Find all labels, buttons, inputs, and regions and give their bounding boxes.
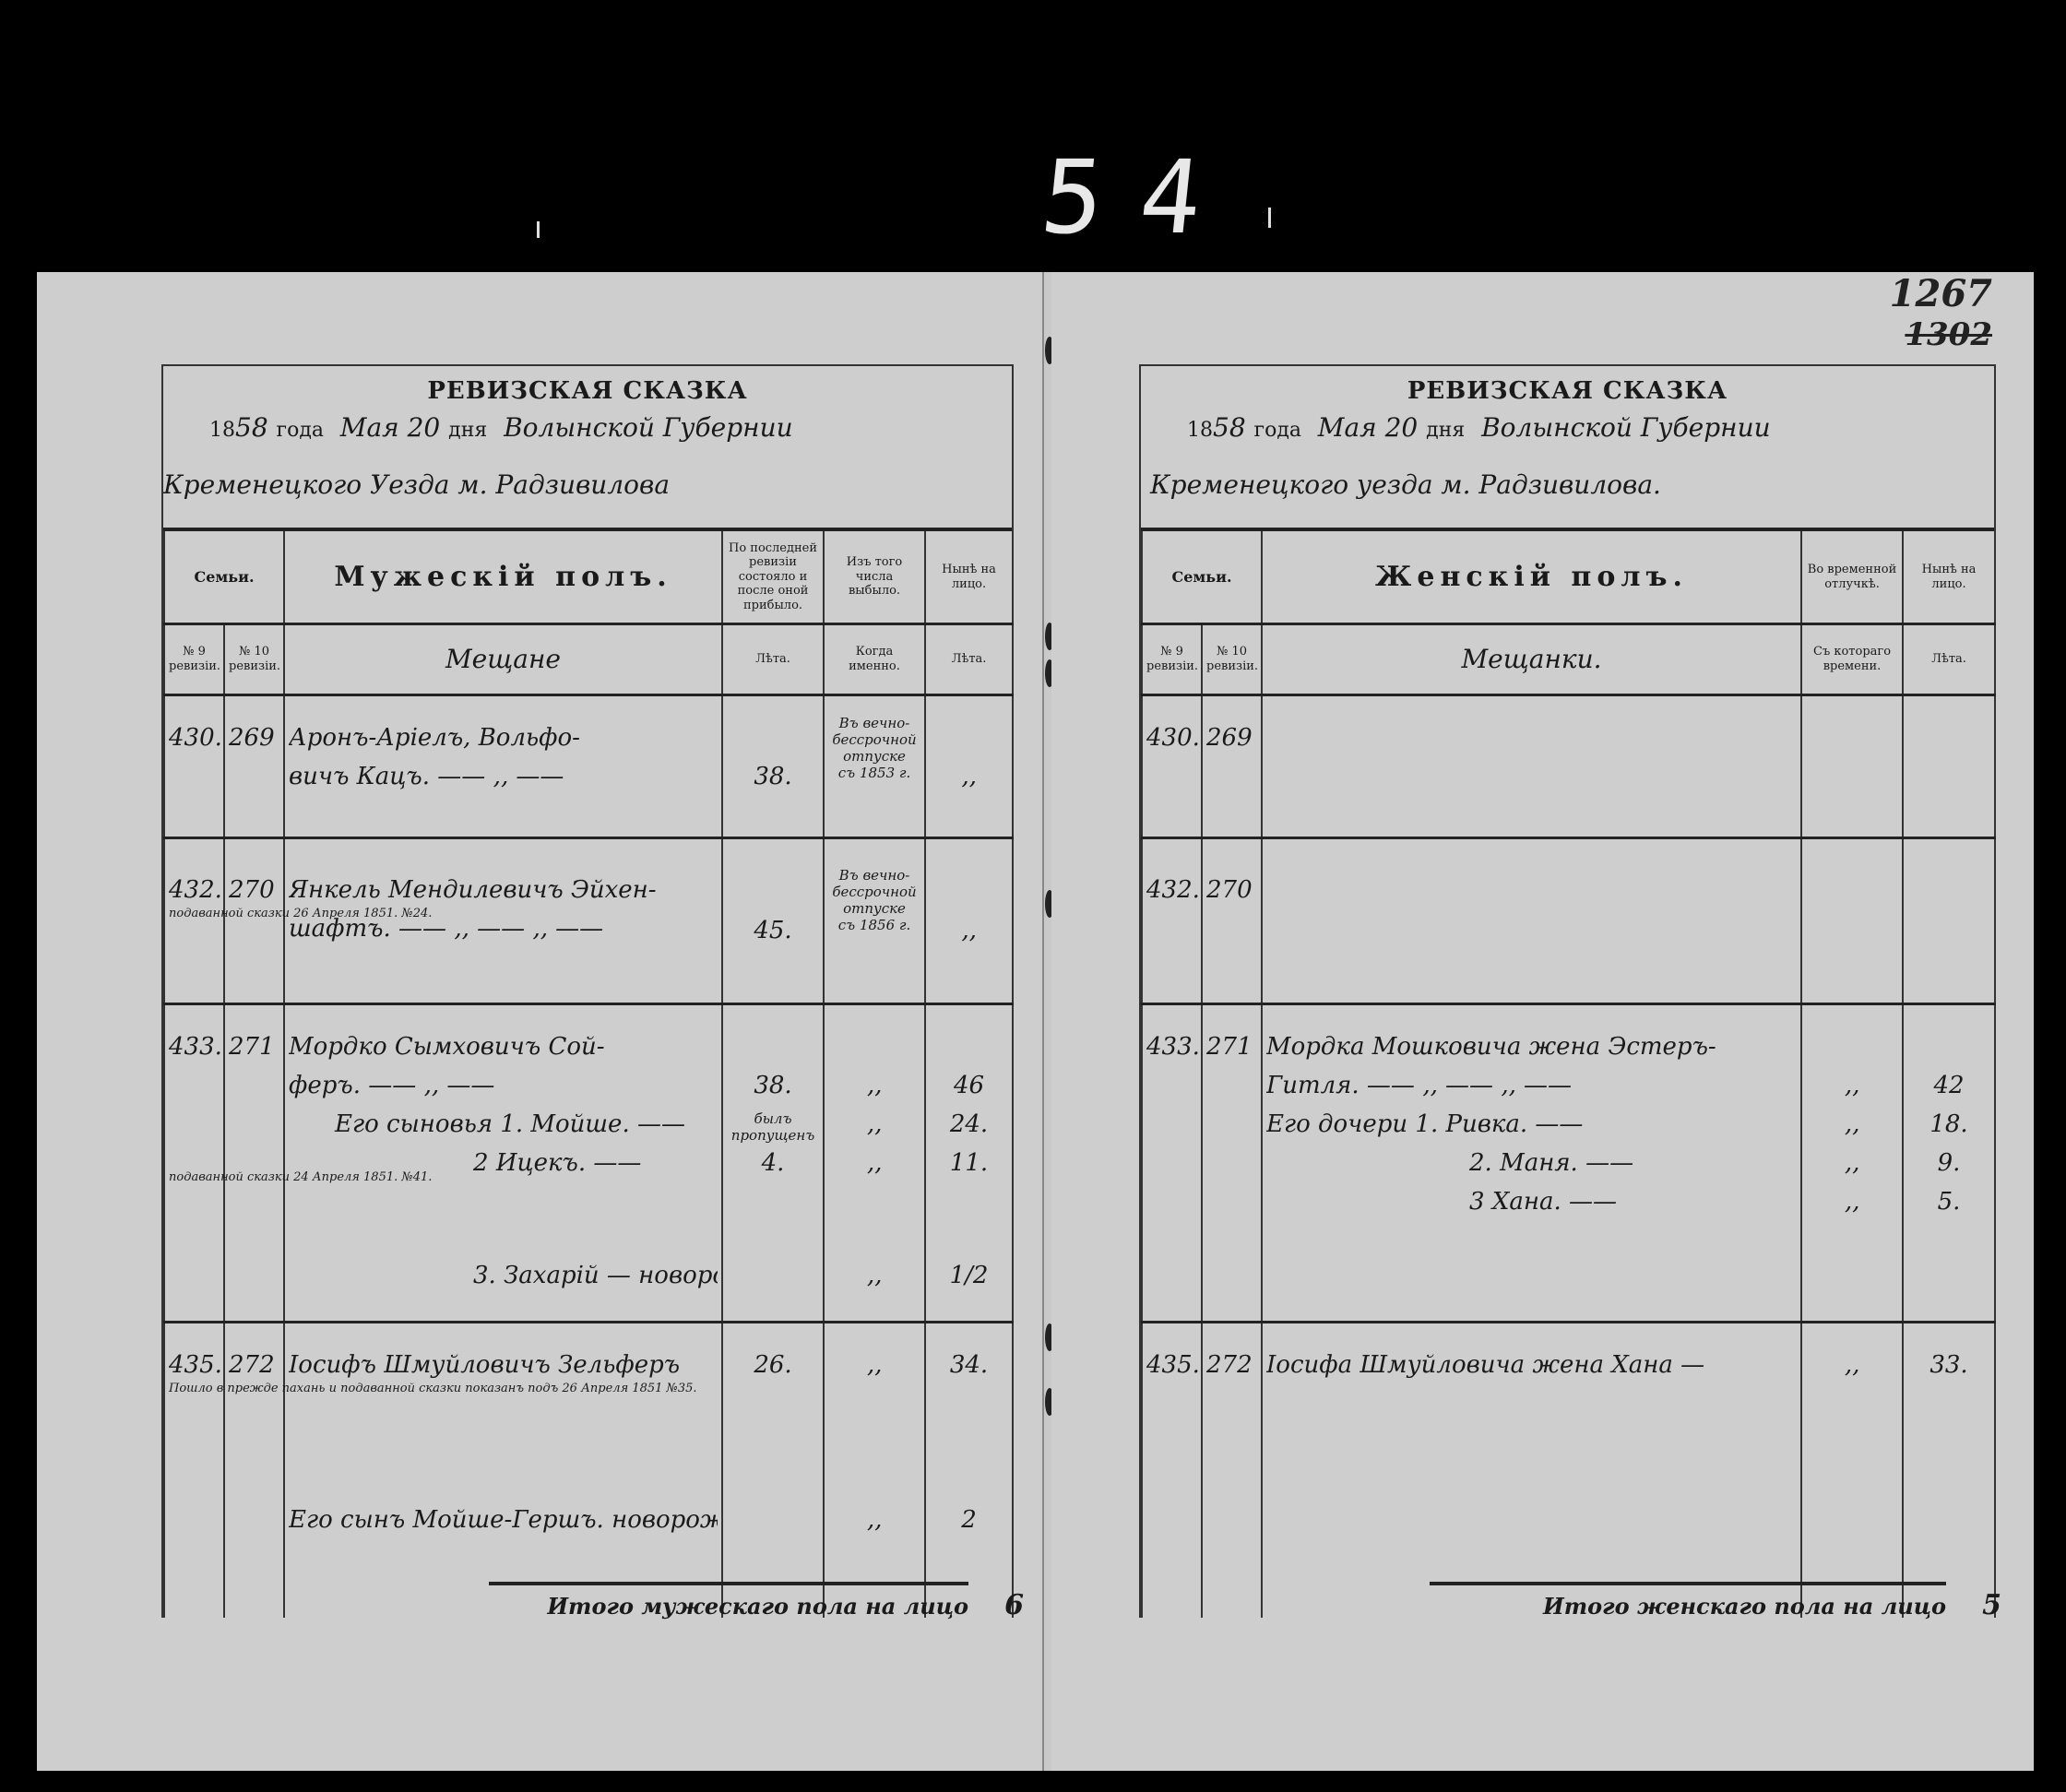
folio-number: 1267 [1890, 272, 1992, 315]
absence-mark [1806, 1033, 1898, 1072]
rev9-number: 432. [169, 876, 222, 904]
absence-mark: ‚‚ [1806, 1149, 1898, 1188]
rev10-number: 269 [224, 695, 284, 838]
name-line: Его сыновья 1. Мойше. —— [289, 1110, 718, 1149]
year-handwritten: 58 [1213, 412, 1246, 443]
rev10-header: № 10 ревизіи. [224, 624, 284, 695]
age-now: 11. [930, 1149, 1008, 1188]
name-line [289, 1467, 718, 1506]
day: 20 [1385, 412, 1419, 443]
name-line [1262, 838, 1801, 1004]
last-revision-header: По последней ревизіи состояло и после он… [722, 531, 824, 624]
present-header: Нынѣ на лицо. [1903, 531, 1995, 624]
departed-mark: ‚‚ [828, 1110, 920, 1149]
departed-note: Въ вечно- [828, 715, 920, 731]
rev9-number: 433. [169, 1033, 222, 1061]
district-line: Кременецкого Уезда м. Радзивилова [163, 469, 993, 500]
years-header: Лѣта. [722, 624, 824, 695]
name-line: Мордко Сымховичъ Сой- [289, 1033, 718, 1072]
departed-mark: ‚‚ [828, 1506, 920, 1545]
section-header-female: Женскій полъ. [1262, 531, 1801, 624]
years-header: Лѣта. [1903, 624, 1995, 695]
female-total-label: Итого женскаго пола на лицо [1543, 1593, 1946, 1620]
departed-mark: ‚‚ [828, 1072, 920, 1110]
rev10-number: 272 [224, 1323, 284, 1618]
revision-form-male: РЕВИЗСКАЯ СКАЗКА 1858 года Мая 20 дня Во… [161, 364, 1014, 1618]
absence-mark [1801, 695, 1903, 838]
departed-mark: ‚‚ [828, 1262, 920, 1300]
since-header: Съ котораго времени. [1801, 624, 1903, 695]
name-line: шафтъ. —— ‚‚ —— ‚‚ —— [289, 915, 718, 954]
day: 20 [408, 412, 441, 443]
age-now: 5. [1907, 1188, 1990, 1227]
rev9-number: 435. [1142, 1323, 1202, 1618]
age-now: 24. [930, 1110, 1008, 1149]
name-line: феръ. —— ‚‚ —— [289, 1072, 718, 1110]
male-total: Итого мужескаго пола на лицо 6 [489, 1582, 968, 1620]
microfilm-frame-number: 54 [1036, 138, 1244, 256]
name-line: Іосифа Шмуйловича жена Хана — [1266, 1351, 1797, 1390]
years-now-header: Лѣта. [925, 624, 1013, 695]
age-now: ‚‚ [925, 695, 1013, 838]
departed-header: Изъ того числа выбыло. [824, 531, 925, 624]
departed-note: съ 1853 г. [828, 765, 920, 781]
name-line: 3. Захарій — новорожд. [289, 1262, 718, 1300]
table-row: 430. 269 [1142, 695, 1995, 838]
departed-mark [828, 1390, 920, 1429]
absence-mark: ‚‚ [1806, 1072, 1898, 1110]
month: Мая [1318, 412, 1377, 443]
frame-tick-left [537, 221, 540, 238]
table-row: 435. 272 Іосифа Шмуйловича жена Хана — ‚… [1142, 1323, 1995, 1618]
rev9-number: 433. [1142, 1004, 1202, 1323]
departed-mark [828, 1429, 920, 1467]
rev10-number: 270 [224, 838, 284, 1004]
name-line: 3 Хана. —— [1266, 1188, 1797, 1227]
name-line [289, 1390, 718, 1429]
age-at-revision: 4. [727, 1149, 819, 1188]
age-now [930, 1188, 1008, 1262]
age-now: 42 [1907, 1072, 1990, 1110]
age-at-revision: 38. [727, 1072, 819, 1110]
estate-header: Мещанки. [1262, 624, 1801, 695]
rev10-number: 269 [1202, 695, 1262, 838]
age-at-revision: 26. [727, 1351, 819, 1390]
table-row: 435.Пошло в прежде пахань и подаванной с… [164, 1323, 1013, 1618]
rev9-header: № 9 ревизіи. [1142, 624, 1202, 695]
absence-mark [1801, 838, 1903, 1004]
name-line [289, 1429, 718, 1467]
form-header: РЕВИЗСКАЯ СКАЗКА 1858 года Мая 20 дня Во… [163, 366, 1012, 531]
rev9-number: 430. [1142, 695, 1202, 838]
province: Волынской Губернии [504, 412, 793, 443]
age-now: 46 [930, 1072, 1008, 1110]
form-title: РЕВИЗСКАЯ СКАЗКА [163, 377, 1012, 405]
departed-mark [828, 1467, 920, 1506]
female-total-value: 5 [1982, 1589, 2001, 1621]
month: Мая [340, 412, 399, 443]
rev10-header: № 10 ревизіи. [1202, 624, 1262, 695]
name-line: вичъ Кацъ. —— ‚‚ —— [289, 763, 718, 801]
folio-number-struck: 1302 [1905, 316, 1992, 353]
frame-tick-right [1268, 208, 1271, 228]
age-now [1903, 695, 1995, 838]
female-total: Итого женскаго пола на лицо 5 [1430, 1582, 1946, 1620]
year-handwritten: 58 [235, 412, 268, 443]
name-line: Его дочери 1. Ривка. —— [1266, 1110, 1797, 1149]
section-header-male: Мужескій полъ. [284, 531, 722, 624]
age-now [930, 1467, 1008, 1506]
rev9-number: 432. [1142, 838, 1202, 1004]
margin-note: подаванной сказки 26 Апреля 1851. №24. [169, 908, 220, 920]
departed-note: отпуске [828, 748, 920, 765]
name-line: 2. Маня. —— [1266, 1149, 1797, 1188]
departed-note: съ 1856 г. [828, 917, 920, 933]
date-line: 1858 года Мая 20 дня Волынской Губернии [1187, 412, 1976, 443]
rev9-number: 430. [164, 695, 224, 838]
left-page-male: РЕВИЗСКАЯ СКАЗКА 1858 года Мая 20 дня Во… [37, 272, 1044, 1771]
margin-note: Пошло в прежде пахань и подаванной сказк… [169, 1383, 220, 1395]
departed-mark [828, 1033, 920, 1072]
age-now [930, 1033, 1008, 1072]
name-line: Гитля. —— ‚‚ —— ‚‚ —— [1266, 1072, 1797, 1110]
age-now: 34. [930, 1351, 1008, 1390]
form-header: РЕВИЗСКАЯ СКАЗКА 1858 года Мая 20 дня Во… [1141, 366, 1994, 531]
absence-mark: ‚‚ [1806, 1188, 1898, 1227]
departed-mark: ‚‚ [828, 1351, 920, 1390]
form-title: РЕВИЗСКАЯ СКАЗКА [1141, 377, 1994, 405]
age-now: 9. [1907, 1149, 1990, 1188]
name-line [289, 1188, 718, 1262]
table-row: 433.подаванной сказки 24 Апреля 1851. №4… [164, 1004, 1013, 1323]
female-register-table: Семьи. Женскій полъ. Во временной отлучк… [1141, 531, 1996, 1618]
estate-header: Мещане [284, 624, 722, 695]
departed-mark: ‚‚ [828, 1149, 920, 1188]
name-line: Аронъ-Арiелъ, Вольфо- [289, 724, 718, 763]
table-row: 433. 271 Мордка Мошковича жена Эстеръ- Г… [1142, 1004, 1995, 1323]
age-now: 18. [1907, 1110, 1990, 1149]
age-at-revision: былъ пропущенъ [727, 1110, 819, 1149]
rev10-number: 272 [1202, 1323, 1262, 1618]
temp-absence-header: Во временной отлучкѣ. [1801, 531, 1903, 624]
families-header: Семьи. [164, 531, 284, 624]
age-now [930, 1390, 1008, 1429]
departed-note: бессрочной [828, 731, 920, 748]
rev9-number: 435. [169, 1351, 222, 1379]
date-line: 1858 года Мая 20 дня Волынской Губернии [209, 412, 993, 443]
name-line: Его сынъ Мойше-Гершъ. новорожд. [289, 1506, 718, 1545]
rev9-header: № 9 ревизіи. [164, 624, 224, 695]
province: Волынской Губернии [1481, 412, 1771, 443]
male-register-table: Семьи. Мужескій полъ. По последней ревиз… [163, 531, 1014, 1618]
name-line [1262, 695, 1801, 838]
table-row: 430. 269 Аронъ-Арiелъ, Вольфо-вичъ Кацъ.… [164, 695, 1013, 838]
margin-note: подаванной сказки 24 Апреля 1851. №41. [169, 1171, 220, 1184]
departed-note: отпуске [828, 900, 920, 917]
age-now [1907, 1033, 1990, 1072]
absence-mark: ‚‚ [1806, 1110, 1898, 1149]
age-now [1903, 838, 1995, 1004]
table-row: 432.подаванной сказки 26 Апреля 1851. №2… [164, 838, 1013, 1004]
rev10-number: 271 [1202, 1004, 1262, 1323]
families-header: Семьи. [1142, 531, 1262, 624]
rev10-number: 271 [224, 1004, 284, 1323]
when-header: Когда именно. [824, 624, 925, 695]
age-now: ‚‚ [925, 838, 1013, 1004]
departed-note: бессрочной [828, 884, 920, 900]
age-now: 33. [1907, 1351, 1990, 1390]
male-total-label: Итого мужескаго пола на лицо [547, 1593, 968, 1620]
right-page-female: 1267 1302 РЕВИЗСКАЯ СКАЗКА 1858 года Мая… [1051, 272, 2034, 1771]
table-row: 432. 270 [1142, 838, 1995, 1004]
age-at-revision: 38. [722, 695, 824, 838]
revision-form-female: РЕВИЗСКАЯ СКАЗКА 1858 года Мая 20 дня Во… [1139, 364, 1996, 1618]
age-now: 1/2 [930, 1262, 1008, 1300]
departed-mark [828, 1188, 920, 1262]
present-header: Нынѣ на лицо. [925, 531, 1013, 624]
departed-note: Въ вечно- [828, 867, 920, 884]
age-at-revision: 45. [722, 838, 824, 1004]
age-now: 2 [930, 1506, 1008, 1545]
rev10-number: 270 [1202, 838, 1262, 1004]
male-total-value: 6 [1004, 1589, 1024, 1621]
district-line: Кременецкого уезда м. Радзивилова. [1150, 469, 1976, 500]
open-register-book: РЕВИЗСКАЯ СКАЗКА 1858 года Мая 20 дня Во… [37, 272, 2034, 1771]
age-now [930, 1429, 1008, 1467]
name-line: Мордка Мошковича жена Эстеръ- [1266, 1033, 1797, 1072]
absence-mark: ‚‚ [1806, 1351, 1898, 1390]
age-at-revision [727, 1033, 819, 1072]
